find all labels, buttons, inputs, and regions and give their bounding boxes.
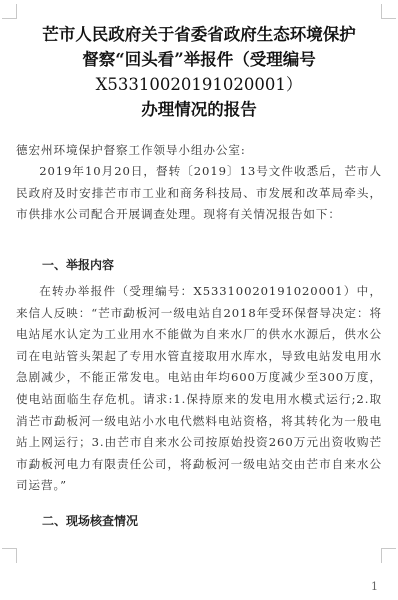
paragraph-intro: 2019年10月20日，督转〔2019〕13号文件收悉后，芒市人民政府及时安排芒… — [16, 161, 382, 226]
page-corner-mark-bottom-left — [2, 548, 17, 563]
page-corner-mark-top-left — [2, 4, 17, 19]
section-heading-site-inspection: 二、现场核查情况 — [42, 512, 138, 529]
page-number: 1 — [371, 580, 378, 593]
title-line-3-case-number: X53310020191020001） — [0, 72, 398, 97]
page-corner-mark-bottom-right — [381, 548, 396, 563]
document-title: 芒市人民政府关于省委省政府生态环境保护 督察“回头看”举报件（受理编号 X533… — [0, 22, 398, 122]
title-line-2: 督察“回头看”举报件（受理编号 — [0, 47, 398, 72]
title-line-1: 芒市人民政府关于省委省政府生态环境保护 — [0, 22, 398, 47]
salutation: 德宏州环境保护督察工作领导小组办公室: — [16, 140, 382, 162]
paragraph-report-content: 在转办举报件（受理编号：X53310020191020001）中，来信人反映：“… — [16, 281, 382, 497]
title-line-4: 办理情况的报告 — [0, 97, 398, 122]
section-heading-report-content: 一、举报内容 — [42, 256, 114, 273]
page-corner-mark-top-right — [381, 4, 396, 19]
